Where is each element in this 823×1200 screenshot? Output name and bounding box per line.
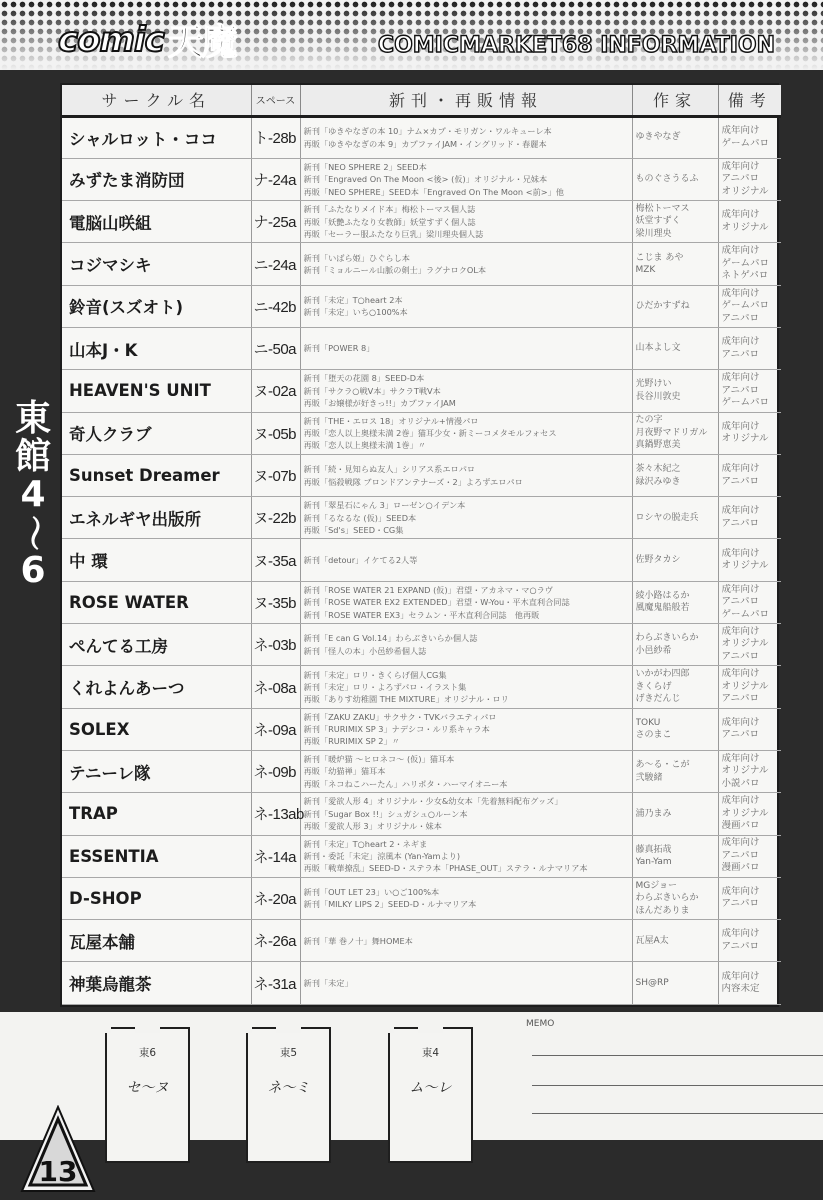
notes-line: 内容未定 xyxy=(722,983,782,996)
table-body: シャルロット・ココト-28b新刊「ゆきやなぎの本 10」ナム×カプ・モリガン・ワ… xyxy=(62,116,781,1004)
author-line: 真鍋野恵美 xyxy=(636,439,718,452)
author-line: 小邑紗希 xyxy=(636,645,718,658)
circle-name: TRAP xyxy=(62,793,251,835)
author-line: 月夜野マドリガル xyxy=(636,427,718,440)
notes-line: オリジナル xyxy=(722,808,782,821)
release-info-line: 再販「ゆきやなぎの本 9」カプファイJAM・イングリッド・春麗本 xyxy=(304,138,632,150)
circle-name: ぺんてる工房 xyxy=(62,624,251,666)
circle-name: テニーレ隊 xyxy=(62,750,251,792)
author-line: 綾小路はるか xyxy=(636,590,718,603)
circle-name: くれよんあーつ xyxy=(62,666,251,708)
circle-name: 中 環 xyxy=(62,539,251,581)
hall-range: ム〜レ xyxy=(390,1077,471,1097)
hall-box-east5: 東5 ネ〜ミ xyxy=(246,1027,331,1163)
space-code: ヌ-35b xyxy=(251,581,300,623)
release-info: 新刊「NEO SPHERE 2」SEED本新刊「Engraved On The … xyxy=(300,158,632,200)
notes-line: アニパロ xyxy=(722,729,782,742)
hall-range: セ〜ヌ xyxy=(107,1077,188,1097)
release-info-line: 新刊「detour」イケてる2人等 xyxy=(304,554,632,566)
notes: 成年向けアニパロゲームパロ xyxy=(718,370,781,412)
author-line: 浦乃まみ xyxy=(636,808,718,821)
author: 浦乃まみ xyxy=(632,793,718,835)
notes-line: 成年向け xyxy=(722,584,782,597)
notes-line: オリジナル xyxy=(722,433,782,446)
author-line: 藤真拓哉 xyxy=(636,844,718,857)
author-line: 弐駿緒 xyxy=(636,772,718,785)
author-line: ロシヤの脱走兵 xyxy=(636,512,718,525)
notes-line: 成年向け xyxy=(722,928,782,941)
notes-line: 成年向け xyxy=(722,795,782,808)
release-info: 新刊「ゆきやなぎの本 10」ナム×カプ・モリガン・ワルキューレ本再販「ゆきやなぎ… xyxy=(300,116,632,158)
notes: 成年向けアニパロゲームパロ xyxy=(718,581,781,623)
space-code: ニ-50a xyxy=(251,327,300,369)
notes: 成年向けゲームパロ xyxy=(718,116,781,158)
logo-latin: comic xyxy=(58,20,164,60)
release-info: 新刊「ふたなりメイド本」梅松トーマス個人誌再販「妖艶ふたなり女教師」妖堂すずく個… xyxy=(300,201,632,243)
author: ものぐさうるふ xyxy=(632,158,718,200)
column-header-circle-name: サークル名 xyxy=(62,85,251,116)
table-row: コジマシキニ-24a新刊「いばら姫」ひぐらし本新刊「ミョルニール山脈の剣士」ラグ… xyxy=(62,243,781,285)
notes-line: ゲームパロ xyxy=(722,609,782,622)
release-info-line: 新刊「華 巻ノ十」舞HOME本 xyxy=(304,935,632,947)
author-line: げきだんじ xyxy=(636,693,718,706)
release-info: 新刊「堕天の花園 8」SEED-D本新刊「サクラ○戦V本」サクラT戦V本再販「お… xyxy=(300,370,632,412)
release-info: 新刊「愛欲人形 4」オリジナル・少女&幼女本「先着無料配布グッズ」新刊「Suga… xyxy=(300,793,632,835)
space-code: ニ-42b xyxy=(251,285,300,327)
release-info-line: 再販「恋人以上奥様未満 2巻」猫耳少女・新ミーコメタモルフォセス xyxy=(304,427,632,439)
circle-name: 山本J・K xyxy=(62,327,251,369)
release-info-line: 再販「RURIMIX SP 2」〃 xyxy=(304,735,632,747)
notes-line: アニパロ xyxy=(722,313,782,326)
author-line: きくらげ xyxy=(636,681,718,694)
space-code: ネ-09b xyxy=(251,750,300,792)
magazine-logo: comic 天魔 xyxy=(58,14,236,65)
notes-line: 成年向け xyxy=(722,753,782,766)
release-info-line: 新刊「NEO SPHERE 2」SEED本 xyxy=(304,161,632,173)
release-info-line: 新刊・委託「未定」涼風本 (Yan-Yamより) xyxy=(304,850,632,862)
author-line: わらぶきいらか xyxy=(636,632,718,645)
table-row: 山本J・Kニ-50a新刊「POWER 8」山本よし文成年向けアニパロ xyxy=(62,327,781,369)
notes-line: 成年向け xyxy=(722,161,782,174)
notes-line: アニパロ xyxy=(722,518,782,531)
release-info: 新刊「THE・エロス 18」オリジナル+情漫パロ再販「恋人以上奥様未満 2巻」猫… xyxy=(300,412,632,454)
circle-name: D-SHOP xyxy=(62,877,251,919)
author-line: 瓦屋A太 xyxy=(636,935,718,948)
notes: 成年向けオリジナルアニパロ xyxy=(718,666,781,708)
release-info-line: 再販「恋人以上奥様未満 1巻」〃 xyxy=(304,439,632,451)
table-row: Sunset Dreamerヌ-07b新刊「続・見知らぬ友人」シリアス系エロパロ… xyxy=(62,454,781,496)
author-line: SH@RP xyxy=(636,977,718,990)
notes-line: オリジナル xyxy=(722,186,782,199)
author: SH@RP xyxy=(632,962,718,1004)
release-info-line: 新刊「暖炉猫 〜ヒロネコ〜 (仮)」猫耳本 xyxy=(304,753,632,765)
memo-line xyxy=(532,1113,823,1114)
space-code: ネ-09a xyxy=(251,708,300,750)
release-info-line: 新刊「POWER 8」 xyxy=(304,342,632,354)
circle-name: Sunset Dreamer xyxy=(62,454,251,496)
release-info-line: 新刊「ミョルニール山脈の剣士」ラグナロクOL本 xyxy=(304,264,632,276)
circle-name: シャルロット・ココ xyxy=(62,116,251,158)
table-header-row: サークル名 スペース 新刊・再販情報 作家 備考 xyxy=(62,85,781,116)
hall-box-east4: 東4 ム〜レ xyxy=(388,1027,473,1163)
space-code: ネ-20a xyxy=(251,877,300,919)
notes-line: 成年向け xyxy=(722,209,782,222)
author: たの字月夜野マドリガル真鍋野恵美 xyxy=(632,412,718,454)
release-info-line: 新刊「サクラ○戦V本」サクラT戦V本 xyxy=(304,385,632,397)
author-line: Yan-Yam xyxy=(636,856,718,869)
release-info-line: 再販「幼猫禅」猫耳本 xyxy=(304,765,632,777)
notes: 成年向けオリジナル漫画パロ xyxy=(718,793,781,835)
release-info-line: 新刊「Engraved On The Moon <後> (仮)」オリジナル・兄妹… xyxy=(304,173,632,185)
notes-line: 小説パロ xyxy=(722,778,782,791)
column-header-space: スペース xyxy=(251,85,300,116)
notes: 成年向けオリジナル xyxy=(718,539,781,581)
circle-name: ESSENTIA xyxy=(62,835,251,877)
page-number-badge: 13 xyxy=(20,1105,96,1193)
table-row: ROSE WATERヌ-35b新刊「ROSE WATER 21 EXPAND (… xyxy=(62,581,781,623)
notes-line: 成年向け xyxy=(722,125,782,138)
notes-line: 成年向け xyxy=(722,421,782,434)
notes: 成年向け内容未定 xyxy=(718,962,781,1004)
hall-label: 東5 xyxy=(248,1045,329,1060)
notes-line: 成年向け xyxy=(722,336,782,349)
notes-line: ゲームパロ xyxy=(722,138,782,151)
notes-line: 成年向け xyxy=(722,463,782,476)
author-line: いかがわ四郎 xyxy=(636,668,718,681)
author-line: 風魔鬼船般若 xyxy=(636,602,718,615)
author: 山本よし文 xyxy=(632,327,718,369)
author: 茶々木紀之緑沢みゆき xyxy=(632,454,718,496)
notes-line: 成年向け xyxy=(722,548,782,561)
notes-line: 漫画パロ xyxy=(722,862,782,875)
release-info: 新刊「detour」イケてる2人等 xyxy=(300,539,632,581)
author-line: MGジョー xyxy=(636,880,718,893)
author-line: 山本よし文 xyxy=(636,342,718,355)
table-row: D-SHOPネ-20a新刊「OUT LET 23」い○ご100%本新刊「MILK… xyxy=(62,877,781,919)
release-info-line: 新刊「E can G Vol.14」わらぶきいらか個人誌 xyxy=(304,632,632,644)
release-info-line: 再販「愛欲人形 3」オリジナル・妹本 xyxy=(304,820,632,832)
notes-line: アニパロ xyxy=(722,349,782,362)
notes-line: 成年向け xyxy=(722,886,782,899)
author: わらぶきいらか小邑紗希 xyxy=(632,624,718,666)
author: TOKUさのまこ xyxy=(632,708,718,750)
space-code: ニ-24a xyxy=(251,243,300,285)
circle-name: 鈴音(スズオト) xyxy=(62,285,251,327)
author: あ〜る・こが弐駿緒 xyxy=(632,750,718,792)
release-info-line: 再販「お嬢様が好きっ!!」カプファイJAM xyxy=(304,397,632,409)
circle-name: SOLEX xyxy=(62,708,251,750)
author: 綾小路はるか風魔鬼船般若 xyxy=(632,581,718,623)
notes-line: ネトゲパロ xyxy=(722,270,782,283)
notes-line: オリジナル xyxy=(722,681,782,694)
notes: 成年向けオリジナル xyxy=(718,201,781,243)
notes-line: オリジナル xyxy=(722,222,782,235)
hall-label: 東6 xyxy=(107,1045,188,1060)
author-line: こじま あや xyxy=(636,252,718,265)
circle-name: コジマシキ xyxy=(62,243,251,285)
space-code: ナ-25a xyxy=(251,201,300,243)
notes-line: ゲームパロ xyxy=(722,397,782,410)
release-info-line: 再販「NEO SPHERE」SEED本「Engraved On The Moon… xyxy=(304,186,632,198)
release-info-line: 新刊「MILKY LIPS 2」SEED-D・ルナマリア本 xyxy=(304,898,632,910)
notes: 成年向けオリジナル小説パロ xyxy=(718,750,781,792)
notes-line: 成年向け xyxy=(722,245,782,258)
side-label-char: 東 xyxy=(6,400,60,438)
release-info: 新刊「暖炉猫 〜ヒロネコ〜 (仮)」猫耳本再販「幼猫禅」猫耳本再販「ネコねこハー… xyxy=(300,750,632,792)
author-line: MZK xyxy=(636,264,718,277)
table-row: テニーレ隊ネ-09b新刊「暖炉猫 〜ヒロネコ〜 (仮)」猫耳本再販「幼猫禅」猫耳… xyxy=(62,750,781,792)
circle-name: HEAVEN'S UNIT xyxy=(62,370,251,412)
release-info: 新刊「華 巻ノ十」舞HOME本 xyxy=(300,920,632,962)
notes-line: 成年向け xyxy=(722,837,782,850)
release-info: 新刊「翠星石にゃん 3」ローゼン○イデン本新刊「るなるな (仮)」SEED本再販… xyxy=(300,497,632,539)
space-code: ネ-14a xyxy=(251,835,300,877)
memo-line xyxy=(532,1055,823,1056)
release-info: 新刊「E can G Vol.14」わらぶきいらか個人誌新刊「怪人の本」小邑紗希… xyxy=(300,624,632,666)
release-info: 新刊「未定」ロリ・きくらげ個人CG集新刊「未定」ロリ・よろずパロ・イラスト集再販… xyxy=(300,666,632,708)
space-code: ネ-13ab xyxy=(251,793,300,835)
notes-line: 成年向け xyxy=(722,668,782,681)
release-info-line: 再販「ネコねこハーたん」ハリポタ・ハーマイオニー本 xyxy=(304,778,632,790)
notes-line: アニパロ xyxy=(722,651,782,664)
notes-line: 成年向け xyxy=(722,717,782,730)
column-header-notes: 備考 xyxy=(718,85,781,116)
author-line: 梁川理央 xyxy=(636,228,718,241)
notes-line: アニパロ xyxy=(722,850,782,863)
page-header: comic 天魔 COMICMARKET68 INFORMATION xyxy=(0,0,823,70)
release-info-line: 新刊「ROSE WATER EX3」セラムン・平木直利合同誌 他再販 xyxy=(304,609,632,621)
notes: 成年向けゲームパロネトゲパロ xyxy=(718,243,781,285)
release-info: 新刊「いばら姫」ひぐらし本新刊「ミョルニール山脈の剣士」ラグナロクOL本 xyxy=(300,243,632,285)
author-line: TOKU xyxy=(636,717,718,730)
table-row: 奇人クラブヌ-05b新刊「THE・エロス 18」オリジナル+情漫パロ再販「恋人以… xyxy=(62,412,781,454)
release-info-line: 新刊「未定」T○heart 2・ネギま xyxy=(304,838,632,850)
notes: 成年向けオリジナル xyxy=(718,412,781,454)
author: 藤真拓哉Yan-Yam xyxy=(632,835,718,877)
author: いかがわ四郎きくらげげきだんじ xyxy=(632,666,718,708)
release-info-line: 再販「ありす幼稚園 THE MIXTURE」オリジナル・ロリ xyxy=(304,693,632,705)
space-code: ヌ-02a xyxy=(251,370,300,412)
author: 瓦屋A太 xyxy=(632,920,718,962)
table-row: みずたま消防団ナ-24a新刊「NEO SPHERE 2」SEED本新刊「Engr… xyxy=(62,158,781,200)
table-row: 電脳山咲組ナ-25a新刊「ふたなりメイド本」梅松トーマス個人誌再販「妖艶ふたなり… xyxy=(62,201,781,243)
release-info-line: 新刊「RURIMIX SP 3」ナデシコ・ルリ系キャラ本 xyxy=(304,723,632,735)
hall-label: 東4 xyxy=(390,1045,471,1060)
release-info-line: 再販「妖艶ふたなり女教師」妖堂すずく個人誌 xyxy=(304,216,632,228)
space-code: ヌ-22b xyxy=(251,497,300,539)
notes-line: 成年向け xyxy=(722,288,782,301)
author: こじま あやMZK xyxy=(632,243,718,285)
notes-line: ゲームパロ xyxy=(722,258,782,271)
release-info-line: 新刊「いばら姫」ひぐらし本 xyxy=(304,252,632,264)
release-info: 新刊「OUT LET 23」い○ご100%本新刊「MILKY LIPS 2」SE… xyxy=(300,877,632,919)
release-info-line: 新刊「未定」 xyxy=(304,977,632,989)
circle-name: 電脳山咲組 xyxy=(62,201,251,243)
notes: 成年向けアニパロ xyxy=(718,327,781,369)
author: MGジョーわらぶきいらかほんだありま xyxy=(632,877,718,919)
circle-name: みずたま消防団 xyxy=(62,158,251,200)
release-info-line: 新刊「未定」いち○100%本 xyxy=(304,306,632,318)
author: 光野けい長谷川敦史 xyxy=(632,370,718,412)
table-row: 神葉烏龍茶ネ-31a新刊「未定」SH@RP成年向け内容未定 xyxy=(62,962,781,1004)
release-info: 新刊「未定」T○heart 2本新刊「未定」いち○100%本 xyxy=(300,285,632,327)
table-row: くれよんあーつネ-08a新刊「未定」ロリ・きくらげ個人CG集新刊「未定」ロリ・よ… xyxy=(62,666,781,708)
author: ひだかすずね xyxy=(632,285,718,327)
notes-line: 成年向け xyxy=(722,372,782,385)
author-line: たの字 xyxy=(636,414,718,427)
release-info: 新刊「未定」 xyxy=(300,962,632,1004)
notes-line: 漫画パロ xyxy=(722,820,782,833)
notes: 成年向けアニパロ漫画パロ xyxy=(718,835,781,877)
notes-line: アニパロ xyxy=(722,476,782,489)
release-info-line: 新刊「ROSE WATER 21 EXPAND (仮)」君望・アカネマ・マ○ラヴ xyxy=(304,584,632,596)
release-info-line: 新刊「未定」T○heart 2本 xyxy=(304,294,632,306)
notes-line: アニパロ xyxy=(722,941,782,954)
space-code: ヌ-07b xyxy=(251,454,300,496)
release-info-line: 新刊「るなるな (仮)」SEED本 xyxy=(304,512,632,524)
release-info-line: 新刊「翠星石にゃん 3」ローゼン○イデン本 xyxy=(304,499,632,511)
notes-line: 成年向け xyxy=(722,971,782,984)
author: ロシヤの脱走兵 xyxy=(632,497,718,539)
release-info: 新刊「未定」T○heart 2・ネギま新刊・委託「未定」涼風本 (Yan-Yam… xyxy=(300,835,632,877)
space-code: ネ-26a xyxy=(251,920,300,962)
author-line: ゆきやなぎ xyxy=(636,131,718,144)
notes: 成年向けアニパロ xyxy=(718,708,781,750)
table-row: 中 環ヌ-35a新刊「detour」イケてる2人等佐野タカシ成年向けオリジナル xyxy=(62,539,781,581)
release-info-line: 新刊「OUT LET 23」い○ご100%本 xyxy=(304,886,632,898)
notes-line: アニパロ xyxy=(722,898,782,911)
circle-name: 瓦屋本舗 xyxy=(62,920,251,962)
notes-line: アニパロ xyxy=(722,173,782,186)
release-info: 新刊「ZAKU ZAKU」サクサク・TVKバラエティパロ新刊「RURIMIX S… xyxy=(300,708,632,750)
release-info-line: 新刊「未定」ロリ・きくらげ個人CG集 xyxy=(304,669,632,681)
side-label-char: 館 xyxy=(6,438,60,476)
page-title: COMICMARKET68 INFORMATION xyxy=(378,33,775,58)
release-info-line: 新刊「THE・エロス 18」オリジナル+情漫パロ xyxy=(304,415,632,427)
author-line: あ〜る・こが xyxy=(636,759,718,772)
notes-line: アニパロ xyxy=(722,385,782,398)
author: ゆきやなぎ xyxy=(632,116,718,158)
hall-side-label: 東 館 4 〜 6 xyxy=(6,400,60,590)
notes: 成年向けアニパロ xyxy=(718,454,781,496)
release-info-line: 新刊「未定」ロリ・よろずパロ・イラスト集 xyxy=(304,681,632,693)
notes-line: オリジナル xyxy=(722,560,782,573)
circle-name: ROSE WATER xyxy=(62,581,251,623)
hall-box-east6: 東6 セ〜ヌ xyxy=(105,1027,190,1163)
space-code: ネ-31a xyxy=(251,962,300,1004)
notes-line: オリジナル xyxy=(722,638,782,651)
release-info-line: 新刊「ROSE WATER EX2 EXTENDED」君望・W-You・平木直利… xyxy=(304,596,632,608)
notes-line: オリジナル xyxy=(722,765,782,778)
table-row: エネルギヤ出版所ヌ-22b新刊「翠星石にゃん 3」ローゼン○イデン本新刊「るなる… xyxy=(62,497,781,539)
table-row: 瓦屋本舗ネ-26a新刊「華 巻ノ十」舞HOME本瓦屋A太成年向けアニパロ xyxy=(62,920,781,962)
column-header-author: 作家 xyxy=(632,85,718,116)
table-row: HEAVEN'S UNITヌ-02a新刊「堕天の花園 8」SEED-D本新刊「サ… xyxy=(62,370,781,412)
release-info-line: 新刊「続・見知らぬ友人」シリアス系エロパロ xyxy=(304,463,632,475)
table-row: シャルロット・ココト-28b新刊「ゆきやなぎの本 10」ナム×カプ・モリガン・ワ… xyxy=(62,116,781,158)
space-code: ト-28b xyxy=(251,116,300,158)
notes: 成年向けゲームパロアニパロ xyxy=(718,285,781,327)
notes: 成年向けアニパロ xyxy=(718,497,781,539)
table-row: SOLEXネ-09a新刊「ZAKU ZAKU」サクサク・TVKバラエティパロ新刊… xyxy=(62,708,781,750)
notes-line: アニパロ xyxy=(722,596,782,609)
table-row: 鈴音(スズオト)ニ-42b新刊「未定」T○heart 2本新刊「未定」いち○10… xyxy=(62,285,781,327)
author-line: ほんだありま xyxy=(636,905,718,918)
table-row: ESSENTIAネ-14a新刊「未定」T○heart 2・ネギま新刊・委託「未定… xyxy=(62,835,781,877)
release-info-line: 再販「Sd's」SEED・CG集 xyxy=(304,524,632,536)
notes-line: アニパロ xyxy=(722,693,782,706)
author-line: 妖堂すずく xyxy=(636,215,718,228)
hall-range: ネ〜ミ xyxy=(248,1077,329,1097)
circle-name: 奇人クラブ xyxy=(62,412,251,454)
release-info-line: 新刊「ZAKU ZAKU」サクサク・TVKバラエティパロ xyxy=(304,711,632,723)
author-line: 長谷川敦史 xyxy=(636,391,718,404)
side-label-char: 〜 xyxy=(14,506,52,560)
table-row: TRAPネ-13ab新刊「愛欲人形 4」オリジナル・少女&幼女本「先着無料配布グ… xyxy=(62,793,781,835)
table-row: ぺんてる工房ネ-03b新刊「E can G Vol.14」わらぶきいらか個人誌新… xyxy=(62,624,781,666)
release-info: 新刊「POWER 8」 xyxy=(300,327,632,369)
author-line: わらぶきいらか xyxy=(636,892,718,905)
page-number: 13 xyxy=(39,1155,78,1188)
notes-line: 成年向け xyxy=(722,505,782,518)
memo-line xyxy=(532,1085,823,1086)
author-line: 茶々木紀之 xyxy=(636,463,718,476)
notes: 成年向けアニパロオリジナル xyxy=(718,158,781,200)
author-line: さのまこ xyxy=(636,729,718,742)
author-line: 梅松トーマス xyxy=(636,203,718,216)
memo-label: MEMO xyxy=(526,1019,554,1029)
release-info-line: 新刊「怪人の本」小邑紗希個人誌 xyxy=(304,645,632,657)
release-info-line: 新刊「愛欲人形 4」オリジナル・少女&幼女本「先着無料配布グッズ」 xyxy=(304,795,632,807)
author: 佐野タカシ xyxy=(632,539,718,581)
notes: 成年向けオリジナルアニパロ xyxy=(718,624,781,666)
author-line: 佐野タカシ xyxy=(636,554,718,567)
release-info-line: 新刊「ふたなりメイド本」梅松トーマス個人誌 xyxy=(304,203,632,215)
release-info: 新刊「ROSE WATER 21 EXPAND (仮)」君望・アカネマ・マ○ラヴ… xyxy=(300,581,632,623)
author: 梅松トーマス妖堂すずく梁川理央 xyxy=(632,201,718,243)
notes: 成年向けアニパロ xyxy=(718,920,781,962)
notes-line: ゲームパロ xyxy=(722,300,782,313)
release-info: 新刊「続・見知らぬ友人」シリアス系エロパロ再販「悩殺戦隊 ブロンドアンテナーズ・… xyxy=(300,454,632,496)
author-line: ひだかすずね xyxy=(636,300,718,313)
author-line: 緑沢みゆき xyxy=(636,476,718,489)
space-code: ネ-08a xyxy=(251,666,300,708)
circle-name: 神葉烏龍茶 xyxy=(62,962,251,1004)
release-info-line: 新刊「堕天の花園 8」SEED-D本 xyxy=(304,372,632,384)
logo-kanji: 天魔 xyxy=(168,14,236,65)
space-code: ヌ-35a xyxy=(251,539,300,581)
space-code: ヌ-05b xyxy=(251,412,300,454)
notes: 成年向けアニパロ xyxy=(718,877,781,919)
notes-line: 成年向け xyxy=(722,626,782,639)
release-info-line: 新刊「Sugar Box !!」シュガシュ○ルーン本 xyxy=(304,808,632,820)
author-line: 光野けい xyxy=(636,378,718,391)
circle-table: サークル名 スペース 新刊・再販情報 作家 備考 シャルロット・ココト-28b新… xyxy=(60,83,779,1007)
column-header-release-info: 新刊・再販情報 xyxy=(300,85,632,116)
circle-name: エネルギヤ出版所 xyxy=(62,497,251,539)
space-code: ネ-03b xyxy=(251,624,300,666)
release-info-line: 再販「戦華撩乱」SEED-D・ステラ本「PHASE_OUT」ステラ・ルナマリア本 xyxy=(304,862,632,874)
space-code: ナ-24a xyxy=(251,158,300,200)
release-info-line: 新刊「ゆきやなぎの本 10」ナム×カプ・モリガン・ワルキューレ本 xyxy=(304,125,632,137)
author-line: ものぐさうるふ xyxy=(636,173,718,186)
release-info-line: 再販「悩殺戦隊 ブロンドアンテナーズ・2」よろずエロパロ xyxy=(304,476,632,488)
release-info-line: 再販「セーラー服ふたなり巨乳」梁川理央個人誌 xyxy=(304,228,632,240)
